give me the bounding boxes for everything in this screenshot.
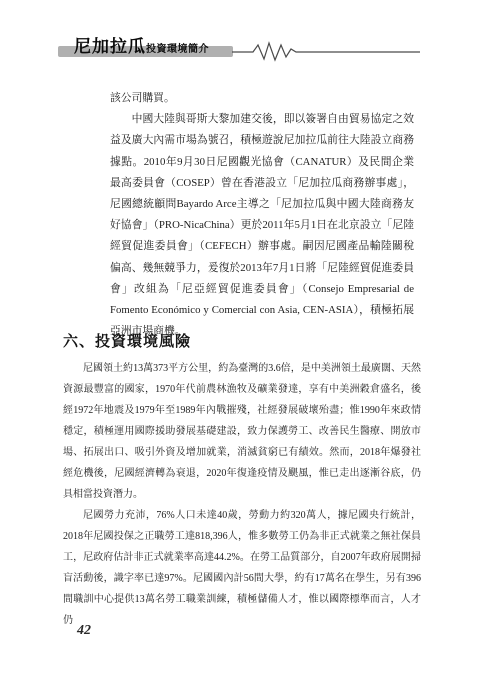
paragraph-labor-force: 尼國勞力充沛，76%人口未達40歲，勞動力約320萬人，據尼國央行統計，2018…	[63, 505, 421, 631]
heartbeat-pulse-icon	[232, 41, 420, 63]
upper-text-block: 該公司購買。 中國大陸與哥斯大黎加建交後，即以簽署自由貿易協定之效益及廣大內需市…	[110, 88, 414, 342]
chapter-subtitle: 投資環境簡介	[146, 44, 209, 55]
page-header: 尼加拉瓜投資環境簡介	[74, 38, 209, 56]
page-number: 42	[77, 623, 91, 639]
lower-text-block: 尼國領土約13萬373平方公里，約為臺灣的3.6倍，是中美洲領土最廣闊、天然資源…	[63, 358, 421, 631]
continuation-paragraph: 該公司購買。	[110, 88, 414, 109]
paragraph-china-relations: 中國大陸與哥斯大黎加建交後，即以簽署自由貿易協定之效益及廣大內需市場為號召，積極…	[110, 109, 414, 342]
paragraph-investment-environment: 尼國領土約13萬373平方公里，約為臺灣的3.6倍，是中美洲領土最廣闊、天然資源…	[63, 358, 421, 505]
document-page: 尼加拉瓜投資環境簡介 該公司購買。 中國大陸與哥斯大黎加建交後，即以簽署自由貿易…	[0, 0, 480, 679]
chapter-title: 尼加拉瓜	[74, 37, 146, 56]
section-heading: 六、投資環境風險	[63, 330, 191, 351]
